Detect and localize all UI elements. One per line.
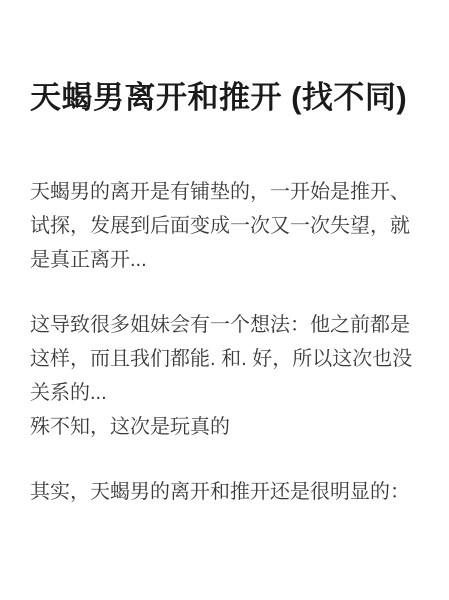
article-page: 天蝎男离开和推开 (找不同) 天蝎男的离开是有铺垫的，一开始是推开、试探，发展到…	[0, 0, 449, 600]
page-title: 天蝎男离开和推开 (找不同)	[30, 78, 421, 118]
paragraph-2: 这导致很多姐妹会有一个想法：他之前都是这样，而且我们都能. 和. 好，所以这次也…	[30, 308, 421, 444]
paragraph-3: 其实，天蝎男的离开和推开还是很明显的：	[30, 475, 421, 509]
paragraph-1: 天蝎男的离开是有铺垫的，一开始是推开、试探，发展到后面变成一次又一次失望，就是真…	[30, 175, 421, 277]
